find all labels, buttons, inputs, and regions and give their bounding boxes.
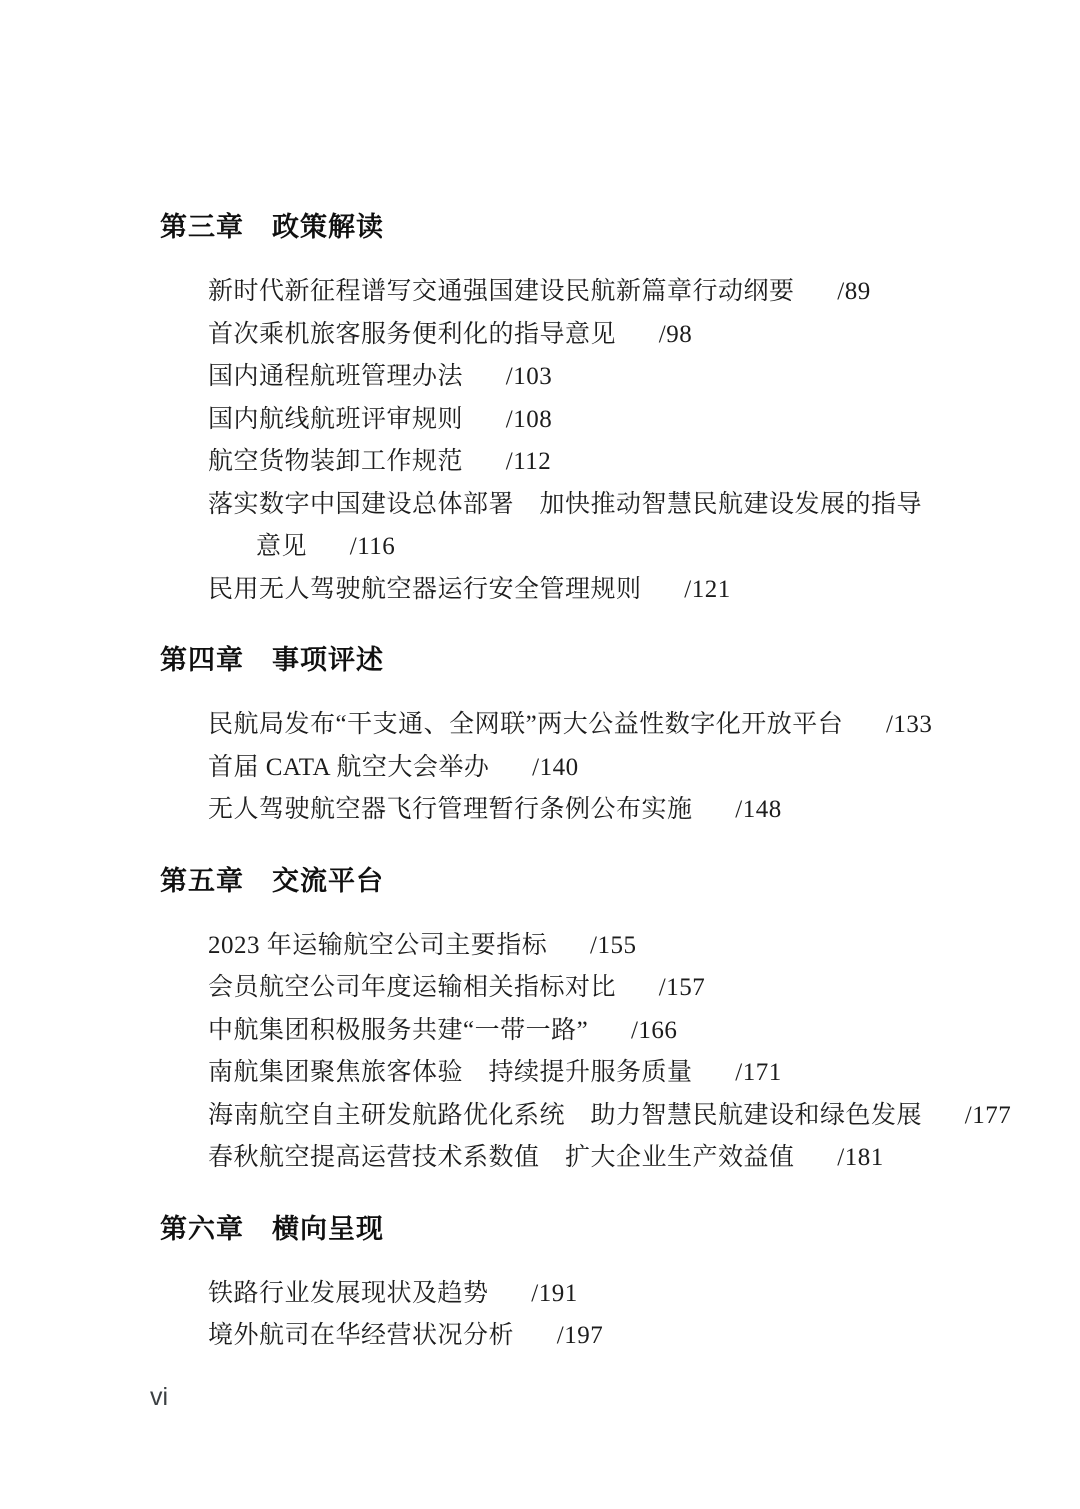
entry-title: 无人驾驶航空器飞行管理暂行条例公布实施 xyxy=(208,796,693,823)
entry-title: 落实数字中国建设总体部署 加快推动智慧民航建设发展的指导 xyxy=(208,491,922,518)
toc-entry: 意见 /116 xyxy=(256,526,1080,569)
toc-entry: 海南航空自主研发航路优化系统 助力智慧民航建设和绿色发展 /177 xyxy=(208,1095,1080,1138)
entry-page-number: /116 xyxy=(350,533,396,560)
entry-title: 春秋航空提高运营技术系数值 扩大企业生产效益值 xyxy=(208,1144,795,1171)
toc-entry: 南航集团聚焦旅客体验 持续提升服务质量 /171 xyxy=(208,1052,1080,1095)
toc-section: 第三章 政策解读 新时代新征程谱写交通强国建设民航新篇章行动纲要 /89 首次乘… xyxy=(0,211,1080,611)
entry-page-number: /181 xyxy=(837,1144,883,1171)
toc-section: 第六章 横向呈现 铁路行业发展现状及趋势 /191 境外航司在华经营状况分析 /… xyxy=(0,1213,1080,1358)
toc-entry-list: 民航局发布“干支通、全网联”两大公益性数字化开放平台 /133 首届 CATA … xyxy=(0,704,1080,832)
entry-title: 中航集团积极服务共建“一带一路” xyxy=(208,1017,588,1044)
toc-entry: 新时代新征程谱写交通强国建设民航新篇章行动纲要 /89 xyxy=(208,271,1080,314)
entry-page-number: /166 xyxy=(631,1017,677,1044)
toc-entry: 中航集团积极服务共建“一带一路” /166 xyxy=(208,1010,1080,1053)
toc-entry: 2023 年运输航空公司主要指标 /155 xyxy=(208,925,1080,968)
toc-entry: 会员航空公司年度运输相关指标对比 /157 xyxy=(208,967,1080,1010)
toc-entry-list: 2023 年运输航空公司主要指标 /155 会员航空公司年度运输相关指标对比 /… xyxy=(0,925,1080,1180)
entry-title: 意见 xyxy=(256,533,307,560)
toc-entry: 首次乘机旅客服务便利化的指导意见 /98 xyxy=(208,314,1080,357)
entry-page-number: /155 xyxy=(590,932,636,959)
toc-entry: 铁路行业发展现状及趋势 /191 xyxy=(208,1273,1080,1316)
entry-page-number: /98 xyxy=(659,321,692,348)
entry-title: 首次乘机旅客服务便利化的指导意见 xyxy=(208,321,616,348)
entry-title: 民航局发布“干支通、全网联”两大公益性数字化开放平台 xyxy=(208,711,843,738)
entry-title: 新时代新征程谱写交通强国建设民航新篇章行动纲要 xyxy=(208,278,795,305)
entry-page-number: /121 xyxy=(684,576,730,603)
chapter-heading: 第六章 横向呈现 xyxy=(160,1213,1080,1245)
entry-title: 会员航空公司年度运输相关指标对比 xyxy=(208,974,616,1001)
page-number: vi xyxy=(150,1383,168,1412)
entry-title: 南航集团聚焦旅客体验 持续提升服务质量 xyxy=(208,1059,693,1086)
entry-page-number: /112 xyxy=(506,448,552,475)
toc-entry-list: 新时代新征程谱写交通强国建设民航新篇章行动纲要 /89 首次乘机旅客服务便利化的… xyxy=(0,271,1080,611)
entry-page-number: /133 xyxy=(886,711,932,738)
entry-page-number: /171 xyxy=(735,1059,781,1086)
entry-title: 海南航空自主研发航路优化系统 助力智慧民航建设和绿色发展 xyxy=(208,1102,922,1129)
toc-entry: 落实数字中国建设总体部署 加快推动智慧民航建设发展的指导 xyxy=(208,484,1080,527)
entry-title: 民用无人驾驶航空器运行安全管理规则 xyxy=(208,576,642,603)
entry-page-number: /103 xyxy=(506,363,552,390)
chapter-heading: 第五章 交流平台 xyxy=(160,865,1080,897)
entry-title: 航空货物装卸工作规范 xyxy=(208,448,463,475)
toc-entry: 国内航线航班评审规则 /108 xyxy=(208,399,1080,442)
document-page: 第三章 政策解读 新时代新征程谱写交通强国建设民航新篇章行动纲要 /89 首次乘… xyxy=(0,0,1080,1509)
entry-page-number: /148 xyxy=(735,796,781,823)
toc-entry: 春秋航空提高运营技术系数值 扩大企业生产效益值 /181 xyxy=(208,1137,1080,1180)
toc-entry: 民航局发布“干支通、全网联”两大公益性数字化开放平台 /133 xyxy=(208,704,1080,747)
entry-page-number: /197 xyxy=(557,1322,603,1349)
table-of-contents: 第三章 政策解读 新时代新征程谱写交通强国建设民航新篇章行动纲要 /89 首次乘… xyxy=(0,0,1080,1358)
toc-section: 第五章 交流平台 2023 年运输航空公司主要指标 /155 会员航空公司年度运… xyxy=(0,865,1080,1180)
entry-page-number: /89 xyxy=(837,278,870,305)
entry-title: 首届 CATA 航空大会举办 xyxy=(208,754,489,781)
toc-entry: 民用无人驾驶航空器运行安全管理规则 /121 xyxy=(208,569,1080,612)
toc-entry: 首届 CATA 航空大会举办 /140 xyxy=(208,747,1080,790)
toc-entry-list: 铁路行业发展现状及趋势 /191 境外航司在华经营状况分析 /197 xyxy=(0,1273,1080,1358)
toc-entry: 航空货物装卸工作规范 /112 xyxy=(208,441,1080,484)
toc-section: 第四章 事项评述 民航局发布“干支通、全网联”两大公益性数字化开放平台 /133… xyxy=(0,644,1080,832)
toc-entry: 无人驾驶航空器飞行管理暂行条例公布实施 /148 xyxy=(208,789,1080,832)
chapter-heading: 第三章 政策解读 xyxy=(160,211,1080,243)
toc-entry: 境外航司在华经营状况分析 /197 xyxy=(208,1315,1080,1358)
toc-entry: 国内通程航班管理办法 /103 xyxy=(208,356,1080,399)
entry-page-number: /157 xyxy=(659,974,705,1001)
entry-title: 2023 年运输航空公司主要指标 xyxy=(208,932,547,959)
entry-title: 国内航线航班评审规则 xyxy=(208,406,463,433)
chapter-heading: 第四章 事项评述 xyxy=(160,644,1080,676)
entry-page-number: /191 xyxy=(531,1280,577,1307)
entry-title: 铁路行业发展现状及趋势 xyxy=(208,1280,489,1307)
entry-page-number: /177 xyxy=(965,1102,1011,1129)
entry-page-number: /140 xyxy=(532,754,578,781)
entry-title: 国内通程航班管理办法 xyxy=(208,363,463,390)
entry-page-number: /108 xyxy=(506,406,552,433)
entry-title: 境外航司在华经营状况分析 xyxy=(208,1322,514,1349)
